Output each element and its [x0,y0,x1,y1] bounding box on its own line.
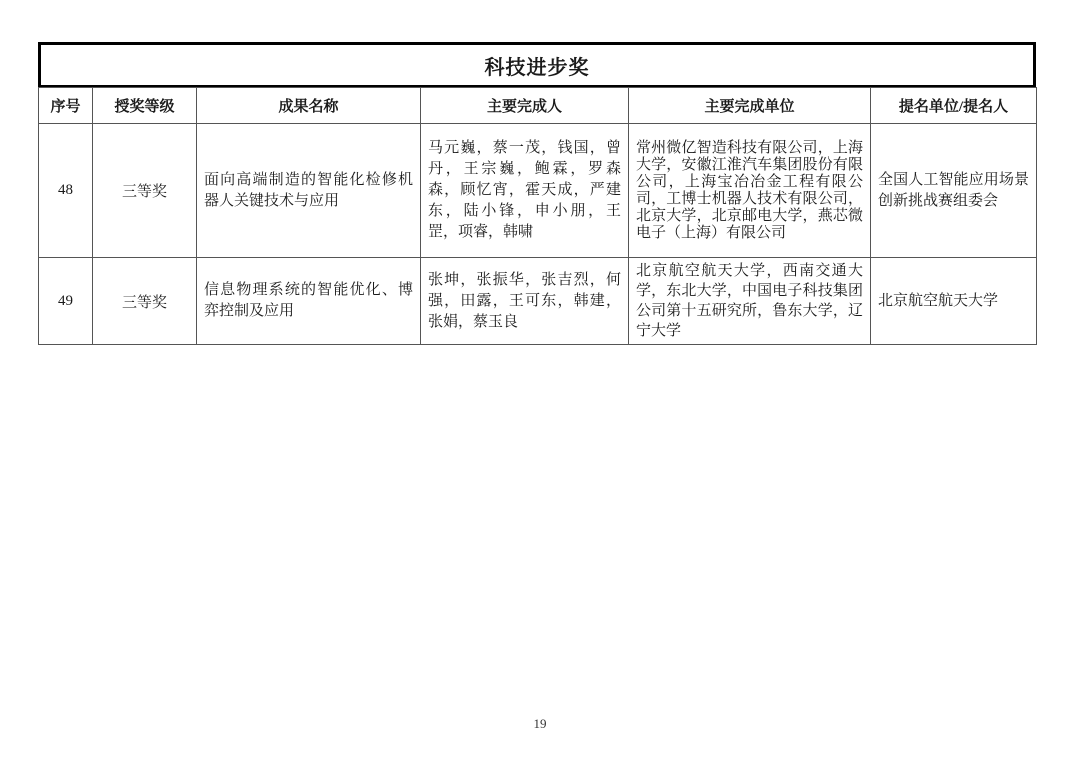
table-row: 49 三等奖 信息物理系统的智能优化、博弈控制及应用 张坤，张振华，张吉烈，何强… [39,258,1037,345]
main-units-cell: 北京航空航天大学，西南交通大学，东北大学，中国电子科技集团公司第十五研究所，鲁东… [629,258,871,345]
table-title: 科技进步奖 [485,51,590,80]
achievement-name-cell: 面向高端制造的智能化检修机器人关键技术与应用 [197,124,421,258]
contributors-cell: 马元巍，蔡一茂，钱国，曾丹，王宗巍，鲍霖，罗森森，顾忆宵，霍天成，严建东，陆小锋… [421,124,629,258]
page-number: 19 [0,716,1080,732]
award-table-section: 科技进步奖 序号 授奖等级 成果名称 主要完成人 主要完成单位 提名单位/提名人 [38,42,1036,345]
header-achievement-name: 成果名称 [197,88,421,124]
header-main-units: 主要完成单位 [629,88,871,124]
award-level-cell: 三等奖 [93,124,197,258]
header-nominator: 提名单位/提名人 [871,88,1037,124]
header-main-contributors: 主要完成人 [421,88,629,124]
main-units-cell: 常州微亿智造科技有限公司，上海大学，安徽江淮汽车集团股份有限公司，上海宝冶冶金工… [629,124,871,258]
table-title-box: 科技进步奖 [38,42,1036,88]
table-row: 48 三等奖 面向高端制造的智能化检修机器人关键技术与应用 马元巍，蔡一茂，钱国… [39,124,1037,258]
achievement-name-cell: 信息物理系统的智能优化、博弈控制及应用 [197,258,421,345]
nominator-cell: 北京航空航天大学 [871,258,1037,345]
serial-number-cell: 49 [39,258,93,345]
table-header-row: 序号 授奖等级 成果名称 主要完成人 主要完成单位 提名单位/提名人 [39,88,1037,124]
header-award-level: 授奖等级 [93,88,197,124]
contributors-cell: 张坤，张振华，张吉烈，何强，田露，王可东，韩建，张娟，蔡玉良 [421,258,629,345]
serial-number-cell: 48 [39,124,93,258]
nominator-cell: 全国人工智能应用场景创新挑战赛组委会 [871,124,1037,258]
award-table: 序号 授奖等级 成果名称 主要完成人 主要完成单位 提名单位/提名人 48 三等… [38,87,1037,345]
header-serial-number: 序号 [39,88,93,124]
award-level-cell: 三等奖 [93,258,197,345]
document-page: 科技进步奖 序号 授奖等级 成果名称 主要完成人 主要完成单位 提名单位/提名人 [0,0,1080,764]
